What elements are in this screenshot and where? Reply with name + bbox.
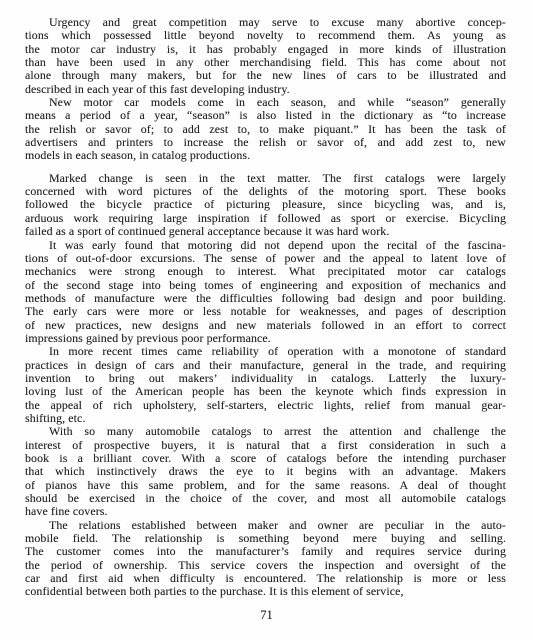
text-line: The customer comes into the manufacturer… xyxy=(25,545,506,558)
text-line: the appeal of rich upholstery, self-star… xyxy=(25,399,506,412)
text-line: methods of manufacture were the difficul… xyxy=(25,292,506,305)
text-line: car and first aid when difficulty is enc… xyxy=(25,572,506,585)
paragraph: It was early found that motoring did not… xyxy=(25,239,506,346)
text-line: In more recent times came reliability of… xyxy=(25,345,506,358)
text-line: mechanics were strong enough to interest… xyxy=(25,265,506,278)
text-line: tions of out-of-door excursions. The sen… xyxy=(25,252,506,265)
text-line: of pianos have this same problem, and fo… xyxy=(25,479,506,492)
text-line: that which instinctively draws the eye t… xyxy=(25,465,506,478)
text-line: the relish or savor of; to add zest to, … xyxy=(25,123,506,136)
text-line: failed as a sport of continued general a… xyxy=(25,225,506,238)
text-line: alone through many makers, but for the n… xyxy=(25,69,506,82)
text-line: means a period of a year, “season” is al… xyxy=(25,109,506,122)
text-line: Urgency and great competition may serve … xyxy=(25,16,506,29)
text-line: The relations established between maker … xyxy=(25,519,506,532)
text-line: concerned with word pictures of the deli… xyxy=(25,185,506,198)
text-line: shifting, etc. xyxy=(25,412,506,425)
body-text: Urgency and great competition may serve … xyxy=(25,16,506,599)
text-line: It was early found that motoring did not… xyxy=(25,239,506,252)
text-line: than have been used in any other merchan… xyxy=(25,56,506,69)
page-number: 71 xyxy=(0,608,533,623)
text-line: impressions gained by previous poor perf… xyxy=(25,332,506,345)
text-line: practices in design of cars and their ma… xyxy=(25,359,506,372)
text-line: The early cars were more or less notable… xyxy=(25,305,506,318)
paragraph: The relations established between maker … xyxy=(25,519,506,599)
text-line: New motor car models come in each season… xyxy=(25,96,506,109)
text-line: of new practices, new designs and new ma… xyxy=(25,319,506,332)
paragraph: New motor car models come in each season… xyxy=(25,96,506,163)
paragraph: With so many automobile catalogs to arre… xyxy=(25,425,506,518)
text-line: the period of ownership. This service co… xyxy=(25,559,506,572)
text-line: models in each season, in catalog produc… xyxy=(25,149,506,162)
text-line: invention to bring out makers’ individua… xyxy=(25,372,506,385)
text-line: of the second stage into being tomes of … xyxy=(25,279,506,292)
text-line: loving lust of the American people has b… xyxy=(25,385,506,398)
text-line: mobile field. The relationship is someth… xyxy=(25,532,506,545)
paragraph: Marked change is seen in the text matter… xyxy=(25,172,506,239)
book-page: Urgency and great competition may serve … xyxy=(0,0,533,640)
text-line: Marked change is seen in the text matter… xyxy=(25,172,506,185)
paragraph: In more recent times came reliability of… xyxy=(25,345,506,425)
text-line: With so many automobile catalogs to arre… xyxy=(25,425,506,438)
text-line: have fine covers. xyxy=(25,505,506,518)
text-line: tions which possessed little beyond nove… xyxy=(25,29,506,42)
text-line: advertisers and printers to increase the… xyxy=(25,136,506,149)
text-line: the motor car industry is, it has probab… xyxy=(25,43,506,56)
text-line: interest of prospective buyers, it is na… xyxy=(25,439,506,452)
text-line: followed the bicycle practice of picturi… xyxy=(25,198,506,211)
text-line: arduous work requiring large inspiration… xyxy=(25,212,506,225)
text-line: confidential between both parties to the… xyxy=(25,585,506,598)
text-line: described in each year of this fast deve… xyxy=(25,83,506,96)
paragraph: Urgency and great competition may serve … xyxy=(25,16,506,96)
text-line: should be exercised in the choice of the… xyxy=(25,492,506,505)
text-line: book is a brilliant cover. With a score … xyxy=(25,452,506,465)
